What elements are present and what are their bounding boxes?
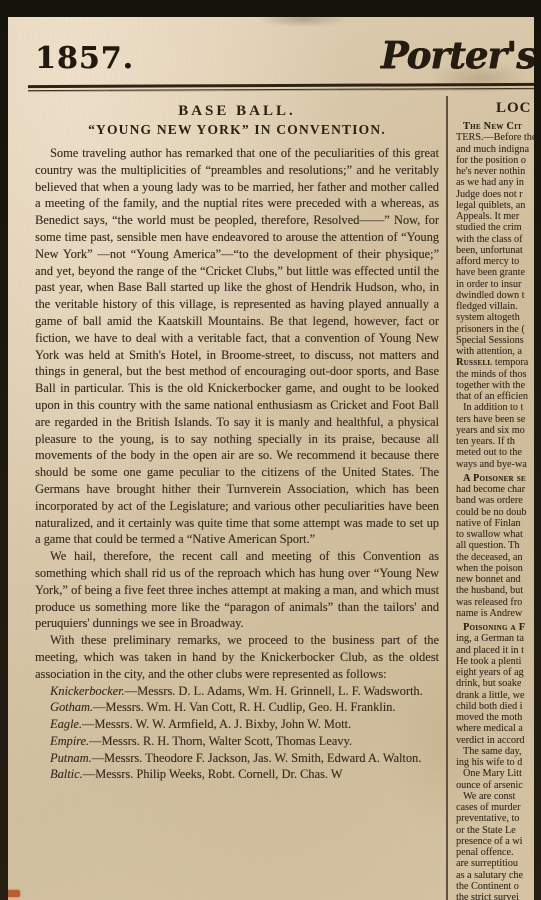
line-text: with the class of	[456, 234, 523, 245]
clipped-text-line: with attention, a	[456, 346, 534, 357]
article-body: Some traveling author has remarked that …	[35, 145, 439, 683]
clipped-text-line: One Mary Litt	[456, 768, 534, 779]
line-text: and placed it in t	[456, 645, 524, 656]
paper-sheet: 1857. Porter's BASE BALL. “YOUNG NEW YOR…	[8, 17, 534, 900]
small-caps-lead: A Poisoner se	[463, 473, 526, 484]
line-text: ing his wife to d	[456, 757, 522, 768]
line-text: the strict survei	[456, 892, 519, 900]
line-text: have been grante	[456, 267, 525, 278]
clipped-text-line: all question. Th	[456, 540, 534, 551]
line-text: drink, but soake	[456, 678, 521, 689]
ink-smudge	[258, 17, 348, 27]
clipped-text-line: ten years. If th	[456, 436, 534, 447]
line-text: legal quiblets, an	[456, 200, 525, 211]
clipped-text-line: that of an efficien	[456, 391, 534, 402]
masthead-title: Porter's	[381, 33, 534, 77]
line-text: verdict in accord	[456, 735, 524, 746]
line-text: had become char	[456, 484, 525, 495]
clipped-text-line: ing, a German ta	[456, 633, 534, 644]
clipped-text-line: We are const	[456, 791, 534, 802]
clipped-text-line: ounce of arsenic	[456, 780, 534, 791]
clipped-text-line: drank a little, we	[456, 690, 534, 701]
baseball-article-column: BASE BALL. “YOUNG NEW YORK” IN CONVENTIO…	[35, 97, 439, 900]
clipped-text-line: have been grante	[456, 267, 534, 278]
line-text: system altogeth	[456, 312, 520, 323]
clipped-text-line: Poisoning a F	[456, 622, 534, 633]
line-text: years and six mo	[456, 425, 525, 436]
clipped-text-line: ing his wife to d	[456, 757, 534, 768]
clipped-text-line: Judge does not r	[456, 189, 534, 200]
line-text: the Continent o	[456, 881, 519, 892]
line-text: when the poison	[456, 563, 523, 574]
clipped-text-line: where medical a	[456, 723, 534, 734]
line-text: the minds of thos	[456, 369, 526, 380]
club-entry: Putnam.—Messrs. Theodore F. Jackson, Jas…	[35, 750, 439, 767]
line-text: or the State Le	[456, 825, 516, 836]
club-delegates-list: Knickerbocker.—Messrs. D. L. Adams, Wm. …	[35, 683, 439, 784]
clipped-text-line: the deceased, an	[456, 552, 534, 563]
clipped-text-line: to swallow what	[456, 529, 534, 540]
clipped-text-line: fledged villain.	[456, 301, 534, 312]
clipped-text-line: years and six mo	[456, 425, 534, 436]
line-text: meted out to the	[456, 447, 522, 458]
clipped-text-line: as a salutary che	[456, 870, 534, 881]
line-text: the deceased, an	[456, 552, 522, 563]
clipped-text-line: ways and bye-wa	[456, 459, 534, 470]
clipped-text-line: Appeals. It mer	[456, 211, 534, 222]
line-text: afford mercy to	[456, 256, 519, 267]
line-text: prisoners in the (	[456, 324, 525, 335]
line-text: dwindled down t	[456, 290, 524, 301]
line-text: that of an efficien	[456, 391, 528, 402]
line-text: eight years of ag	[456, 667, 524, 678]
column-divider-rule	[446, 96, 448, 900]
line-text: could be no doub	[456, 507, 526, 518]
line-text: are surreptitiou	[456, 858, 518, 869]
club-members: —Messrs. Philip Weeks, Robt. Cornell, Dr…	[83, 767, 343, 781]
line-text: ters have been se	[456, 414, 525, 425]
clipped-text-line: drink, but soake	[456, 678, 534, 689]
line-text: all question. Th	[456, 540, 519, 551]
club-members: —Messrs. Theodore F. Jackson, Jas. W. Sm…	[92, 751, 422, 765]
clipped-text-line: he's never nothin	[456, 166, 534, 177]
line-text: and much indigna	[456, 144, 529, 155]
line-text: to swallow what	[456, 529, 523, 540]
clipped-text-line: In addition to t	[456, 402, 534, 413]
clipped-text-line: eight years of ag	[456, 667, 534, 678]
line-text: One Mary Litt	[463, 768, 522, 779]
clipped-text-line: and placed it in t	[456, 645, 534, 656]
clipped-text-line: or the State Le	[456, 825, 534, 836]
club-members: —Messrs. Wm. H. Van Cott, R. H. Cudlip, …	[93, 700, 395, 714]
clipped-text-line: the Continent o	[456, 881, 534, 892]
clipped-text-line: presence of a wi	[456, 836, 534, 847]
article-title: BASE BALL.	[35, 103, 439, 120]
clipped-text-line: could be no doub	[456, 507, 534, 518]
club-name: Empire.	[50, 734, 89, 748]
clipped-text-line: The same day,	[456, 746, 534, 757]
line-text: In addition to t	[463, 402, 523, 413]
club-name: Gotham.	[50, 700, 93, 714]
line-text: ways and bye-wa	[456, 459, 527, 470]
club-name: Eagle.	[50, 717, 82, 731]
clipped-text-line: moved the moth	[456, 712, 534, 723]
clipped-text-line: prisoners in the (	[456, 324, 534, 335]
line-text: drank a little, we	[456, 690, 524, 701]
club-entry: Eagle.—Messrs. W. W. Armfield, A. J. Bix…	[35, 716, 439, 733]
clipped-text-line: the husband, but	[456, 585, 534, 596]
line-text: Special Sessions	[456, 335, 524, 346]
clipped-text-line: verdict in accord	[456, 735, 534, 746]
line-text: studied the crim	[456, 222, 522, 233]
clipped-text-line: when the poison	[456, 563, 534, 574]
line-text: new bonnet and	[456, 574, 521, 585]
line-text: child both died i	[456, 701, 523, 712]
line-text: We are const	[463, 791, 515, 802]
clipped-text-line: together with the	[456, 380, 534, 391]
line-text: as we had any in	[456, 177, 524, 188]
line-text: in order to insur	[456, 279, 521, 290]
line-text: tempora	[492, 357, 528, 368]
local-news-column: LOC The New Cit TERS.—Before the and muc…	[456, 100, 534, 900]
line-text: moved the moth	[456, 712, 522, 723]
clipped-text-line: system altogeth	[456, 312, 534, 323]
clipped-text-line: cases of murder	[456, 802, 534, 813]
line-text: preventative, to	[456, 813, 519, 824]
club-members: —Messrs. R. H. Thorn, Walter Scott, Thom…	[89, 734, 352, 748]
clipped-text-line: had become char	[456, 484, 534, 495]
line-text: The same day,	[463, 746, 521, 757]
clipped-text-line: afford mercy to	[456, 256, 534, 267]
line-text: He took a plenti	[456, 656, 521, 667]
line-text: as a salutary che	[456, 870, 523, 881]
line-text: Appeals. It mer	[456, 211, 519, 222]
line-text: native of Finlan	[456, 518, 521, 529]
page-year: 1857.	[35, 41, 134, 76]
clipped-text-line: child both died i	[456, 701, 534, 712]
clipped-text-line: for the position o	[456, 155, 534, 166]
clipped-text-line: and much indigna	[456, 144, 534, 155]
clipped-text-line: dwindled down t	[456, 290, 534, 301]
clipped-text-line: TERS.—Before the	[456, 132, 534, 143]
clipped-text-line: studied the crim	[456, 222, 534, 233]
small-caps-lead: The New Cit	[463, 121, 522, 132]
line-text: fledged villain.	[456, 301, 518, 312]
club-entry: Gotham.—Messrs. Wm. H. Van Cott, R. H. C…	[35, 699, 439, 716]
small-caps-lead: Poisoning a F	[463, 622, 525, 633]
article-subtitle: “YOUNG NEW YORK” IN CONVENTION.	[35, 122, 439, 138]
line-text: together with the	[456, 380, 525, 391]
clipped-text-line: new bonnet and	[456, 574, 534, 585]
header-rule	[28, 83, 534, 91]
club-members: —Messrs. D. L. Adams, Wm. H. Grinnell, L…	[125, 684, 423, 698]
line-text: penal offence.	[456, 847, 514, 858]
line-text: name is Andrew	[456, 608, 522, 619]
club-members: —Messrs. W. W. Armfield, A. J. Bixby, Jo…	[82, 717, 351, 731]
clipped-text-line: ters have been se	[456, 414, 534, 425]
clipped-text-line: The New Cit	[456, 121, 534, 132]
clipped-text-line: with the class of	[456, 234, 534, 245]
article-paragraph: Some traveling author has remarked that …	[35, 145, 439, 548]
club-name: Knickerbocker.	[50, 684, 125, 698]
clipped-text-line: A Poisoner se	[456, 473, 534, 484]
line-text: where medical a	[456, 723, 523, 734]
line-text: was released fro	[456, 597, 522, 608]
line-text: presence of a wi	[456, 836, 522, 847]
article-paragraph: We hail, therefore, the recent call and …	[35, 548, 439, 632]
line-text: with attention, a	[456, 346, 522, 357]
small-caps-lead: Russell	[456, 357, 492, 368]
clipped-text-line: was released fro	[456, 597, 534, 608]
clipped-text-line: been, unfortunat	[456, 245, 534, 256]
line-text: for the position o	[456, 155, 526, 166]
red-edge-mark	[8, 890, 20, 897]
line-text: TERS.—Before the	[456, 132, 534, 143]
line-text: band was ordere	[456, 495, 523, 506]
line-text: ten years. If th	[456, 436, 515, 447]
club-entry: Baltic.—Messrs. Philip Weeks, Robt. Corn…	[35, 766, 439, 783]
local-news-lines: The New Cit TERS.—Before the and much in…	[456, 121, 534, 900]
clipped-text-line: name is Andrew	[456, 608, 534, 619]
club-name: Putnam.	[50, 751, 92, 765]
clipped-text-line: Russell tempora	[456, 357, 534, 368]
clipped-text-line: band was ordere	[456, 495, 534, 506]
clipped-text-line: as we had any in	[456, 177, 534, 188]
club-name: Baltic.	[50, 767, 83, 781]
club-entry: Knickerbocker.—Messrs. D. L. Adams, Wm. …	[35, 683, 439, 700]
clipped-text-line: Special Sessions	[456, 335, 534, 346]
line-text: ounce of arsenic	[456, 780, 523, 791]
clipped-text-line: preventative, to	[456, 813, 534, 824]
clipped-text-line: He took a plenti	[456, 656, 534, 667]
clipped-text-line: meted out to the	[456, 447, 534, 458]
clipped-text-line: are surreptitiou	[456, 858, 534, 869]
clipped-text-line: in order to insur	[456, 279, 534, 290]
line-text: Judge does not r	[456, 189, 523, 200]
line-text: ing, a German ta	[456, 633, 524, 644]
clipped-text-line: the strict survei	[456, 892, 534, 900]
local-news-header: LOC	[496, 100, 534, 117]
clipped-text-line: the minds of thos	[456, 369, 534, 380]
line-text: the husband, but	[456, 585, 523, 596]
club-entry: Empire.—Messrs. R. H. Thorn, Walter Scot…	[35, 733, 439, 750]
article-paragraph: With these preliminary remarks, we proce…	[35, 632, 439, 682]
newspaper-scan-page: 1857. Porter's BASE BALL. “YOUNG NEW YOR…	[0, 0, 541, 900]
clipped-text-line: legal quiblets, an	[456, 200, 534, 211]
line-text: been, unfortunat	[456, 245, 523, 256]
clipped-text-line: penal offence.	[456, 847, 534, 858]
line-text: cases of murder	[456, 802, 521, 813]
line-text: he's never nothin	[456, 166, 525, 177]
clipped-text-line: native of Finlan	[456, 518, 534, 529]
